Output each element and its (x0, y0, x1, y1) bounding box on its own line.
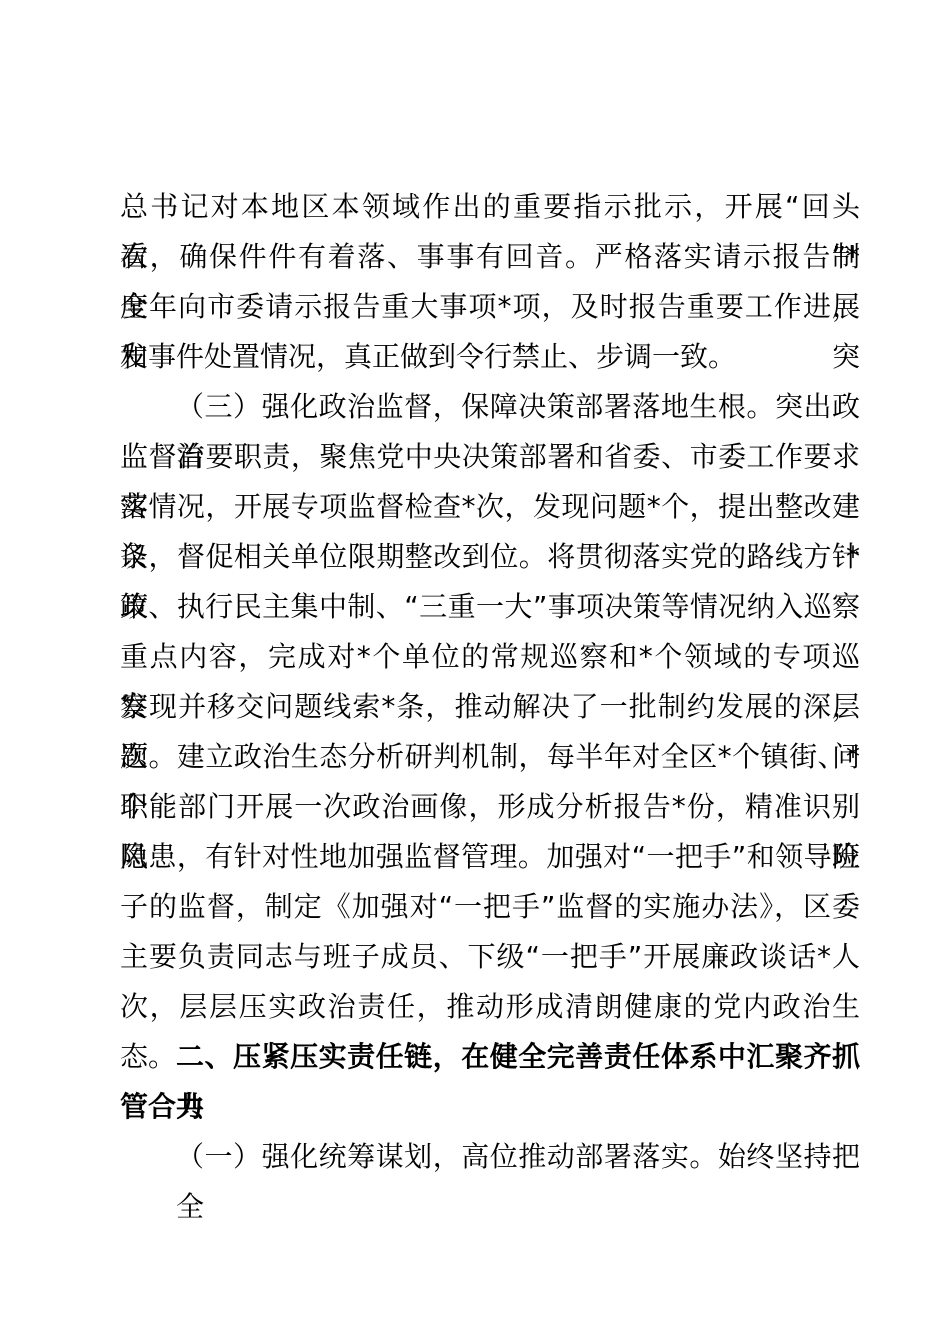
body-text-line: 重点内容，完成对*个单位的常规巡察和*个领域的专项巡察， (120, 632, 860, 682)
body-text-line: 策、执行民主集中制、“三重一大”事项决策等情况纳入巡察 (120, 582, 860, 632)
body-text-line: 隐患，有针对性地加强监督管理。加强对“一把手”和领导班 (120, 832, 860, 882)
document-page: 总书记对本地区本领域作出的重要指示批示，开展“回头看”*次，确保件件有着落、事事… (0, 0, 950, 1344)
body-text-line: 条，督促相关单位限期整改到位。将贯彻落实党的路线方针政 (120, 532, 860, 582)
document-text-block: 总书记对本地区本领域作出的重要指示批示，开展“回头看”*次，确保件件有着落、事事… (120, 182, 860, 1182)
body-text-line: 子的监督，制定《加强对“一把手”监督的实施办法》，区委 (120, 882, 860, 932)
body-text-line: 实情况，开展专项监督检查*次，发现问题*个，提出整改建议* (120, 482, 860, 532)
body-text-line: （三）强化政治监督，保障决策部署落地生根。突出政治 (120, 382, 860, 432)
body-text-line: 主要负责同志与班子成员、下级“一把手”开展廉政谈话*人 (120, 932, 860, 982)
heading-line: 二、压紧压实责任链，在健全完善责任体系中汇聚齐抓共 (120, 1032, 860, 1082)
body-text-line: 职能部门开展一次政治画像，形成分析报告*份，精准识别风险 (120, 782, 860, 832)
heading-line: 管合力 (120, 1082, 860, 1132)
body-text-line: 全年向市委请示报告重大事项*项，及时报告重要工作进展和突 (120, 282, 860, 332)
body-text-line: 题。建立政治生态分析研判机制，每半年对全区*个镇街、*个 (120, 732, 860, 782)
body-text-line: 次，层层压实政治责任，推动形成清朗健康的党内政治生态。 (120, 982, 860, 1032)
body-text-line: （一）强化统筹谋划，高位推动部署落实。始终坚持把全 (120, 1132, 860, 1182)
body-text-line: 发现并移交问题线索*条，推动解决了一批制约发展的深层次问 (120, 682, 860, 732)
body-text-line: 总书记对本地区本领域作出的重要指示批示，开展“回头看”* (120, 182, 860, 232)
body-text-line: 次，确保件件有着落、事事有回音。严格落实请示报告制度， (120, 232, 860, 282)
body-text-line: 监督首要职责，聚焦党中央决策部署和省委、市委工作要求落 (120, 432, 860, 482)
